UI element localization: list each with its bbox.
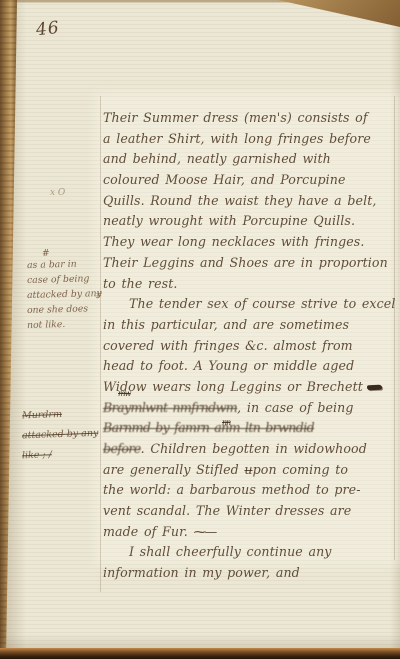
manuscript-text: neatly wrought with Porcupine Quills.	[103, 213, 355, 228]
manuscript-photo: 46 # as a bar incase of beingattacked by…	[0, 0, 400, 659]
manuscript-text: a leather Shirt, with long fringes befor…	[103, 131, 371, 146]
manuscript-text: Barnmd by famrn anm ltn brwndid	[103, 420, 314, 435]
manuscript-text: The tender sex of course strive to excel	[129, 296, 395, 311]
manuscript-text: coloured Moose Hair, and Porcupine	[103, 172, 346, 187]
manuscript-text: information in my power, and	[103, 565, 300, 580]
manuscript-line: Braymlwnt nmfrndwm, in case of being	[103, 398, 397, 419]
manuscript-line: I shall cheerfully continue any	[103, 542, 397, 563]
manuscript-text: and behind, neatly garnished with	[103, 151, 331, 166]
manuscript-text: I shall cheerfully continue any	[129, 544, 332, 559]
manuscript-text: Their Leggins and Shoes are in proportio…	[103, 255, 388, 270]
stray-mark: x O	[50, 188, 65, 198]
manuscript-line: covered with fringes &c. almost from	[103, 336, 397, 357]
manuscript-text: covered with fringes &c. almost from	[103, 338, 353, 353]
manuscript-line: Quills. Round the waist they have a belt…	[103, 191, 397, 212]
book-bottom-edge	[0, 648, 400, 659]
manuscript-text: . Children begotten in widowhood	[141, 441, 367, 456]
manuscript-text: Widow wears long Leggins or Brechett	[103, 379, 363, 394]
manuscript-line: made of Fur. ⁓—	[103, 522, 397, 543]
stray-mark: nn	[222, 418, 230, 427]
stray-mark: #	[95, 291, 103, 301]
margin-note-line: Murdrm	[22, 404, 99, 427]
page-number: 46	[35, 18, 61, 40]
page: 46 # as a bar incase of beingattacked by…	[0, 0, 400, 650]
manuscript-line: before. Children begotten in widowhood	[103, 439, 397, 460]
manuscript-line: to the rest.	[103, 274, 397, 295]
manuscript-line: neatly wrought with Porcupine Quills.	[103, 211, 397, 232]
manuscript-text: They wear long necklaces with fringes.	[103, 234, 364, 249]
manuscript-text: Quills. Round the waist they have a belt…	[103, 193, 376, 208]
manuscript-text: vent scandal. The Winter dresses are	[103, 503, 351, 518]
manuscript-text: made of Fur.	[103, 524, 194, 539]
manuscript-text: Braymlwnt nmfrndwm	[103, 400, 237, 415]
margin-note-line: attacked by any	[22, 424, 99, 447]
manuscript-text: the world: a barbarous method to pre-	[103, 482, 361, 497]
text-block: Their Summer dress (men's) consists ofa …	[103, 108, 397, 584]
manuscript-line: the world: a barbarous method to pre-	[103, 480, 397, 501]
manuscript-line: are generally Stifled upon coming to	[103, 460, 397, 481]
margin-note-line: not like.	[27, 316, 102, 333]
manuscript-text: ⁓—	[194, 524, 216, 539]
stray-mark: mw	[118, 389, 130, 398]
margin-note-line: like ; /	[22, 444, 99, 467]
margin-note-attack: # as a bar incase of beingattacked by an…	[27, 257, 102, 332]
manuscript-line: The tender sex of course strive to excel	[103, 294, 397, 315]
manuscript-text: are generally Stifled	[103, 462, 244, 477]
manuscript-line: They wear long necklaces with fringes.	[103, 232, 397, 253]
ink-blot	[367, 385, 382, 391]
manuscript-line: Widow wears long Leggins or Brechett	[103, 377, 397, 398]
manuscript-text: u	[244, 462, 252, 477]
manuscript-line: Their Summer dress (men's) consists of	[103, 108, 397, 129]
manuscript-line: and behind, neatly garnished with	[103, 149, 397, 170]
manuscript-line: a leather Shirt, with long fringes befor…	[103, 129, 397, 150]
manuscript-text: in this particular, and are sometimes	[103, 317, 349, 332]
manuscript-line: vent scandal. The Winter dresses are	[103, 501, 397, 522]
manuscript-line: coloured Moose Hair, and Porcupine	[103, 170, 397, 191]
manuscript-text: pon coming to	[253, 462, 348, 477]
manuscript-text: before	[103, 441, 141, 456]
manuscript-text: , in case of being	[237, 400, 353, 415]
manuscript-text: to the rest.	[103, 276, 177, 291]
manuscript-text: Their Summer dress (men's) consists of	[103, 110, 368, 125]
manuscript-line: Barnmd by famrn anm ltn brwndid	[103, 418, 397, 439]
margin-rule-left	[100, 96, 101, 592]
manuscript-line: head to foot. A Young or middle aged	[103, 356, 397, 377]
margin-note-crossed-out: Murdrmattacked by anylike ; /	[22, 405, 98, 465]
manuscript-line: in this particular, and are sometimes	[103, 315, 397, 336]
manuscript-line: information in my power, and	[103, 563, 397, 584]
manuscript-text: head to foot. A Young or middle aged	[103, 358, 354, 373]
manuscript-line: Their Leggins and Shoes are in proportio…	[103, 253, 397, 274]
